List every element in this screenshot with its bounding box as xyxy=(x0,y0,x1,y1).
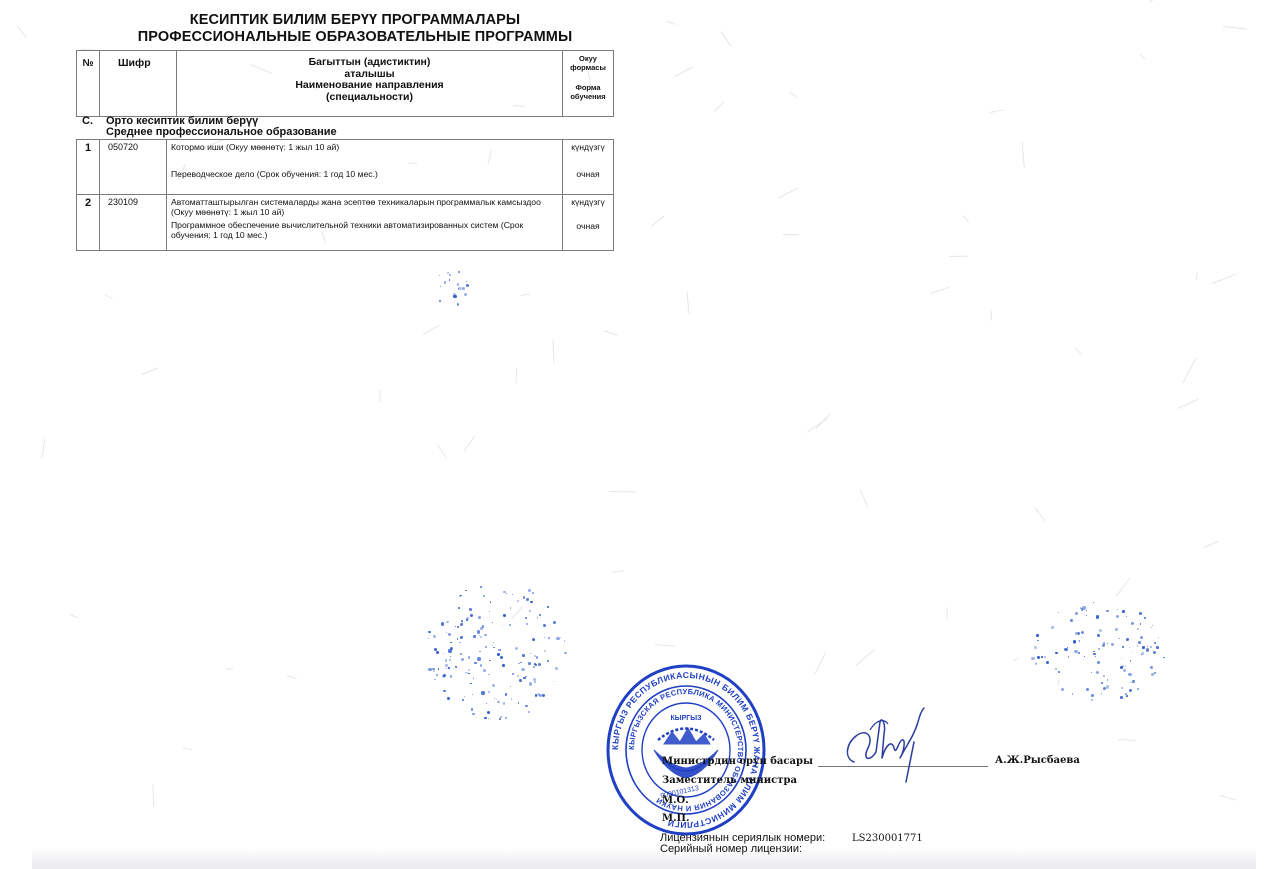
header-form-kg-1: Окуу xyxy=(563,54,613,63)
header-name-ru-2: (специальности) xyxy=(177,92,562,104)
header-name: Багыттын (адистиктин) аталышы Наименован… xyxy=(177,51,563,117)
section-letter: C. xyxy=(80,116,106,127)
row-code: 050720 xyxy=(100,140,167,195)
row-name-kg: Котормо иши (Окуу мөөнөтү: 1 жыл 10 ай) xyxy=(171,142,558,152)
table-row: 2 230109 Автоматташтырылган системаларды… xyxy=(77,195,614,251)
header-form-kg-2: формасы xyxy=(563,63,613,72)
row-number: 1 xyxy=(77,140,100,195)
page-bottom-edge xyxy=(32,847,1256,869)
header-form-ru-2: обучения xyxy=(563,92,613,101)
row-name-ru: Переводческое дело (Срок обучения: 1 год… xyxy=(171,169,558,179)
row-name: Котормо иши (Окуу мөөнөтү: 1 жыл 10 ай) … xyxy=(167,140,563,195)
svg-text:КЫРГЫЗ: КЫРГЫЗ xyxy=(670,715,702,722)
row-name-kg: Автоматташтырылган системаларды жана эсе… xyxy=(171,197,558,217)
row-study-form: күндүзгү очная xyxy=(563,140,614,195)
seal-label-kg: М.О. xyxy=(662,795,689,806)
row-form-kg: күндүзгү xyxy=(563,195,613,207)
row-form-ru: очная xyxy=(563,221,613,231)
programs-table-header: № Шифр Багыттын (адистиктин) аталышы Наи… xyxy=(76,50,614,117)
row-name-ru: Программное обеспечение вычислительной т… xyxy=(171,220,558,240)
signatory-position-kg: Министрдин орун басары xyxy=(662,756,813,767)
row-form-kg: күндүзгү xyxy=(563,140,613,152)
row-form-ru: очная xyxy=(563,169,613,179)
signatory-position-ru: Заместитель министра xyxy=(662,775,797,786)
official-stamp-icon: КЫРГЫЗ РЕСПУБЛИКАСЫНЫН БИЛИМ БЕРҮҮ ЖАНА … xyxy=(606,662,766,838)
row-name: Автоматташтырылган системаларды жана эсе… xyxy=(167,195,563,251)
title-russian: ПРОФЕССИОНАЛЬНЫЕ ОБРАЗОВАТЕЛЬНЫЕ ПРОГРАМ… xyxy=(80,29,630,46)
license-number: LS230001771 xyxy=(852,833,923,844)
row-code: 230109 xyxy=(100,195,167,251)
document-title: КЕСИПТИК БИЛИМ БЕРҮҮ ПРОГРАММАЛАРЫ ПРОФЕ… xyxy=(80,12,630,46)
table-row: 1 050720 Котормо иши (Окуу мөөнөтү: 1 жы… xyxy=(77,140,614,195)
signatory-name: А.Ж.Рысбаева xyxy=(995,755,1080,766)
header-study-form: Окуу формасы Форма обучения xyxy=(563,51,614,117)
handwritten-signature-icon xyxy=(840,700,960,790)
section-title-ru: Среднее профессиональное образование xyxy=(80,127,337,138)
row-number: 2 xyxy=(77,195,100,251)
seal-label-ru: М.П. xyxy=(662,813,689,824)
header-name-ru-1: Наименование направления xyxy=(177,80,562,92)
title-kyrgyz: КЕСИПТИК БИЛИМ БЕРҮҮ ПРОГРАММАЛАРЫ xyxy=(80,12,630,29)
header-number: № xyxy=(77,51,100,117)
license-labels: Лицензиянын сериялык номери: Серийный но… xyxy=(660,833,825,855)
header-name-kg-1: Багыттын (адистиктин) xyxy=(177,57,562,69)
header-form-ru-1: Форма xyxy=(563,83,613,92)
row-study-form: күндүзгү очная xyxy=(563,195,614,251)
section-heading: C.Орто кесиптик билим берүү Среднее проф… xyxy=(80,116,337,138)
header-code: Шифр xyxy=(100,51,177,117)
license-label-ru: Серийный номер лицензии: xyxy=(660,844,825,855)
programs-table-body: 1 050720 Котормо иши (Окуу мөөнөтү: 1 жы… xyxy=(76,139,614,251)
